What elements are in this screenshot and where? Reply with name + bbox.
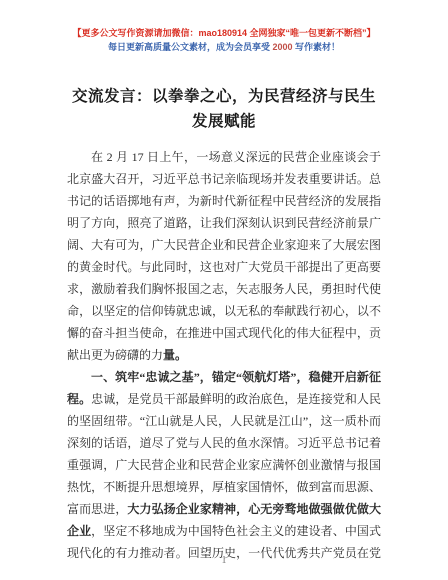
promo-line-2-text-b: 写作素材！ <box>293 42 341 52</box>
page-number: 1 <box>0 555 448 566</box>
promo-header: 【更多公文写作资源请加微信：mao180914 全网独家“唯一包更新不断档”】 … <box>67 26 381 54</box>
document-page: 【更多公文写作资源请加微信：mao180914 全网独家“唯一包更新不断档”】 … <box>0 0 448 580</box>
promo-line-2-number: 2000 <box>272 42 292 52</box>
promo-line-2: 每日更新高质量公文素材，成为会员享受 2000 写作素材！ <box>67 40 381 54</box>
paragraph-1-bold-text: 量。 <box>163 348 187 362</box>
promo-line-2-text-a: 每日更新高质量公文素材，成为会员享受 <box>108 42 273 52</box>
document-body: 在 2 月 17 日上午，一场意义深远的民营企业座谈会于北京盛大召开，习近平总书… <box>67 146 381 566</box>
paragraph-2-text-a: 忠诚，是党员干部最鲜明的政治底色，是连接党和人民的坚固纽带。“江山就是人民，人民… <box>67 392 381 516</box>
paragraph-1-text: 在 2 月 17 日上午，一场意义深远的民营企业座谈会于北京盛大召开，习近平总书… <box>67 150 381 362</box>
paragraph-1: 在 2 月 17 日上午，一场意义深远的民营企业座谈会于北京盛大召开，习近平总书… <box>67 146 381 366</box>
promo-line-1: 【更多公文写作资源请加微信：mao180914 全网独家“唯一包更新不断档”】 <box>67 26 381 40</box>
paragraph-2: 一、筑牢“忠诚之基”，锚定“领航灯塔”，稳健开启新征程。忠诚，是党员干部最鲜明的… <box>67 366 381 566</box>
document-title: 交流发言：以拳拳之心，为民营经济与民生发展赋能 <box>67 84 381 134</box>
